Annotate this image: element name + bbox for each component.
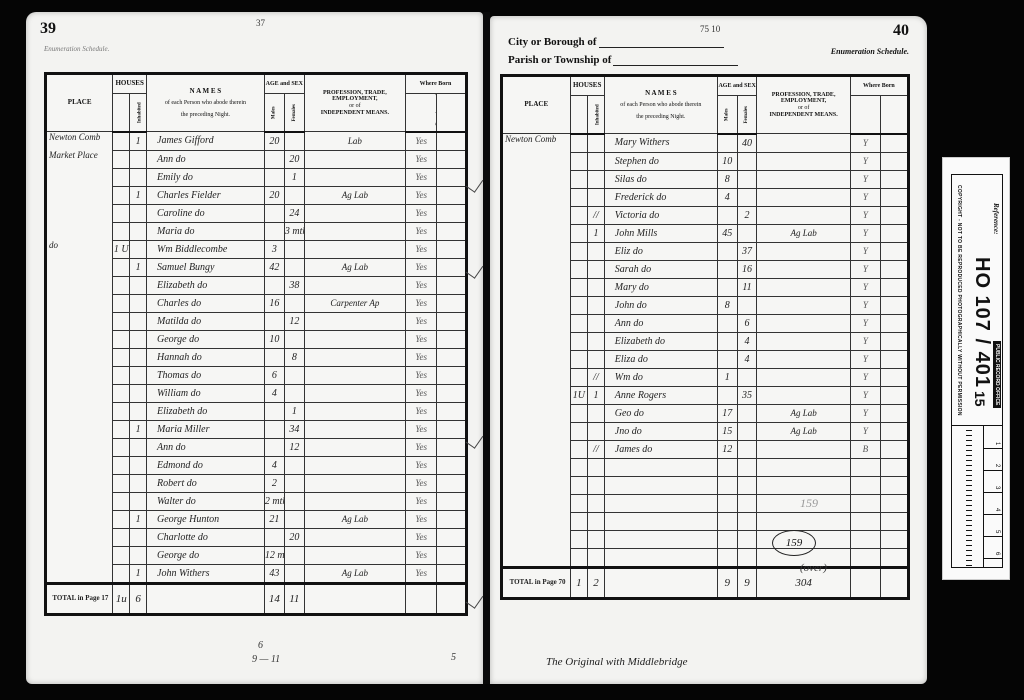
inhabited-cell [588,170,605,188]
female-age-cell [737,152,757,170]
table-row: Jno do15Ag LabY [502,422,909,440]
place-cell [502,422,571,440]
below-total-mark-1: 6 [258,640,263,651]
left-top-mark: 37 [256,18,265,28]
place-cell [46,438,113,456]
inhabited-cell [588,152,605,170]
col-uninhabited: Uninhabited or Building [113,94,130,132]
reference-label: Reference: [992,203,1000,234]
profession-cell [304,438,405,456]
female-age-cell: 8 [284,348,304,366]
place-cell [46,186,113,204]
born-county-cell [850,530,880,548]
born-elsewhere-cell [437,150,467,168]
born-elsewhere-cell [437,294,467,312]
name-cell: Silas do [604,170,717,188]
male-age-cell [717,548,737,567]
born-county-cell: Yes [405,510,437,528]
table-row [502,512,909,530]
over-annotation: (over) [800,562,827,574]
ruler: 123456 [952,425,1002,568]
born-elsewhere-cell [880,422,908,440]
table-row [502,476,909,494]
faint-annotation: 159 [800,496,818,511]
inhabited-cell [588,350,605,368]
place-cell: do [46,240,113,258]
uninhabited-cell [570,134,588,153]
profession-cell [304,528,405,546]
col-where-born: Where Born [405,74,466,94]
ruler-number: 5 [994,530,1000,533]
inhabited-cell [130,438,147,456]
male-age-cell: 8 [717,296,737,314]
ruler-tick [966,565,972,566]
profession-cell [304,402,405,420]
female-age-cell [737,188,757,206]
name-cell: Maria Miller [147,420,265,438]
ruler-tick [966,530,972,531]
name-cell: John do [604,296,717,314]
uninhabited-cell [570,224,588,242]
profession-cell [304,276,405,294]
inhabited-cell [130,168,147,186]
female-age-cell [284,330,304,348]
born-county-cell: Y [850,350,880,368]
ruler-tick [966,525,972,526]
inhabited-cell [588,134,605,153]
copyright-notice: COPYRIGHT - NOT TO BE REPRODUCED PHOTOGR… [956,185,962,416]
ruler-tick [966,455,972,456]
profession-cell [757,242,850,260]
uninhabited-cell: 1U [570,386,588,404]
name-cell: George do [147,330,265,348]
table-row: //Victoria do2Y [502,206,909,224]
born-county-cell: Yes [405,240,437,258]
uninhabited-cell [113,528,130,546]
female-age-cell: 4 [737,332,757,350]
right-page-number: 40 [893,22,909,40]
ruler-tick [966,485,972,486]
uninhabited-cell [570,530,588,548]
circled-annotation: 159 [772,530,816,556]
uninhabited-cell [570,476,588,494]
male-age-cell: 4 [264,384,284,402]
name-cell: Ann do [147,150,265,168]
born-elsewhere-cell [880,404,908,422]
col-age-sex: AGE and SEX [264,74,304,94]
inhabited-cell [130,240,147,258]
place-cell [46,204,113,222]
female-age-cell [284,456,304,474]
place-cell [502,458,571,476]
ruler-cm-line [984,536,1002,537]
female-age-cell [284,258,304,276]
total-males: 14 [264,583,284,614]
place-cell [46,294,113,312]
table-row [502,530,909,548]
col-born-elsewhere: Whether Born in Scotland, Ireland, or Fo… [880,96,908,134]
born-county-cell: Yes [405,150,437,168]
name-cell [604,458,717,476]
male-age-cell: 43 [264,564,284,583]
inhabited-cell [130,150,147,168]
born-county-cell: Yes [405,330,437,348]
born-elsewhere-cell [880,224,908,242]
inhabited-cell [130,276,147,294]
inhabited-cell [588,422,605,440]
female-age-cell: 3 mths [284,222,304,240]
total-label: TOTAL in Page 17 [46,583,113,614]
left-census-table: PLACE HOUSES N A M E S of each Person wh… [44,72,468,616]
place-cell [502,170,571,188]
born-elsewhere-cell [880,206,908,224]
place-cell [46,366,113,384]
profession-cell: Ag Lab [757,404,850,422]
ruler-tick [966,520,972,521]
female-age-cell [737,476,757,494]
profession-cell [757,152,850,170]
place-cell [46,474,113,492]
ruler-cm-line [984,448,1002,449]
born-county-cell: Y [850,404,880,422]
uninhabited-cell [570,206,588,224]
uninhabited-cell [113,186,130,204]
ruler-tick [966,435,972,436]
female-age-cell: 1 [284,402,304,420]
table-row: Charlotte do20Yes [46,528,467,546]
inhabited-cell: 1 [130,564,147,583]
female-age-cell: 2 [737,206,757,224]
ruler-number: 6 [994,552,1000,555]
profession-cell [757,332,850,350]
inhabited-cell: // [588,206,605,224]
name-cell: Jno do [604,422,717,440]
male-age-cell [264,348,284,366]
male-age-cell: 20 [264,186,284,204]
inhabited-cell [588,512,605,530]
col-females: Females [284,94,304,132]
profession-cell [304,456,405,474]
born-elsewhere-cell [437,420,467,438]
female-age-cell [737,170,757,188]
table-row: Market PlaceAnn do20Yes [46,150,467,168]
born-elsewhere-cell [880,530,908,548]
male-age-cell [264,276,284,294]
total-label: TOTAL in Page 70 [502,567,571,598]
total-females: 9 [737,567,757,598]
inhabited-cell [588,332,605,350]
inhabited-cell [130,402,147,420]
ruler-tick [966,540,972,541]
inhabited-cell: 1 [130,258,147,276]
born-elsewhere-cell [880,260,908,278]
inhabited-cell [130,384,147,402]
born-elsewhere-cell [880,494,908,512]
table-row: Emily do1Yes [46,168,467,186]
profession-cell: Lab [304,132,405,151]
table-row: Maria do3 mthsYes [46,222,467,240]
public-record-office: PUBLIC RECORD OFFICE [993,341,1001,408]
table-row: William do4Yes [46,384,467,402]
male-age-cell [717,206,737,224]
name-cell: Wm do [604,368,717,386]
below-total-mark-2: 9 — 11 [252,654,280,665]
male-age-cell: 20 [264,132,284,151]
name-cell: Walter do [147,492,265,510]
born-county-cell: B [850,440,880,458]
male-age-cell [717,386,737,404]
profession-cell [304,348,405,366]
uninhabited-cell [570,152,588,170]
born-elsewhere-cell [437,456,467,474]
check-mark [466,260,484,279]
born-elsewhere-cell [437,222,467,240]
place-cell [46,168,113,186]
female-age-cell: 4 [737,350,757,368]
male-age-cell [717,530,737,548]
female-age-cell [737,224,757,242]
col-profession: PROFESSION, TRADE, EMPLOYMENT, or of IND… [304,74,405,132]
ruler-tick [966,440,972,441]
born-elsewhere-cell [437,474,467,492]
name-cell: Mary do [604,278,717,296]
table-row: Caroline do24Yes [46,204,467,222]
born-county-cell: Yes [405,546,437,564]
uninhabited-cell [570,278,588,296]
profession-cell [304,150,405,168]
col-uninhabited: Uninhabited or Building [570,96,588,134]
born-elsewhere-cell [437,276,467,294]
male-age-cell [264,402,284,420]
female-age-cell [284,294,304,312]
table-row: Silas do8Y [502,170,909,188]
male-age-cell: 4 [264,456,284,474]
inhabited-cell [130,492,147,510]
place-cell [46,348,113,366]
ruler-tick [966,490,972,491]
left-page: 39 37 Enumeration Schedule. PLACE HOUSES… [26,12,483,684]
name-cell: Ann do [147,438,265,456]
female-age-cell [284,564,304,583]
table-row: Stephen do10Y [502,152,909,170]
uninhabited-cell [113,384,130,402]
table-row: 1George Hunton21Ag LabYes [46,510,467,528]
profession-cell [757,188,850,206]
male-age-cell: 1 [717,368,737,386]
female-age-cell: 40 [737,134,757,153]
uninhabited-cell [113,564,130,583]
uninhabited-cell [113,366,130,384]
uninhabited-cell [113,204,130,222]
born-county-cell: Y [850,152,880,170]
uninhabited-cell [113,258,130,276]
female-age-cell: 20 [284,528,304,546]
table-row: Mary do11Y [502,278,909,296]
place-cell [46,222,113,240]
table-row: Edmond do4Yes [46,456,467,474]
table-row: Ann do12Yes [46,438,467,456]
born-county-cell: Yes [405,456,437,474]
female-age-cell [737,422,757,440]
female-age-cell [284,132,304,151]
place-cell [46,312,113,330]
male-age-cell [717,314,737,332]
male-age-cell [264,528,284,546]
ruler-tick [966,555,972,556]
right-page: 40 75 10 City or Borough of Parish or To… [490,16,927,684]
male-age-cell [717,512,737,530]
female-age-cell [284,366,304,384]
profession-cell [757,350,850,368]
check-mark [466,430,484,449]
profession-cell: Carpenter Ap [304,294,405,312]
inhabited-cell [588,458,605,476]
name-cell: Hannah do [147,348,265,366]
table-row: 1John Withers43Ag LabYes [46,564,467,583]
inhabited-cell [130,546,147,564]
born-elsewhere-cell [437,330,467,348]
inhabited-cell: 1 [588,224,605,242]
table-row [502,458,909,476]
check-mark [466,174,484,193]
female-age-cell [737,458,757,476]
born-elsewhere-cell [437,186,467,204]
profession-cell [304,420,405,438]
col-where-born: Where Born [850,76,908,96]
uninhabited-cell: 1 U [113,240,130,258]
total-born-county [850,567,880,598]
uninhabited-cell [113,456,130,474]
profession-cell: Ag Lab [757,422,850,440]
female-age-cell [737,404,757,422]
female-age-cell [284,186,304,204]
uninhabited-cell [113,330,130,348]
place-cell [502,296,571,314]
name-cell: Victoria do [604,206,717,224]
col-profession: PROFESSION, TRADE, EMPLOYMENT, or of IND… [757,76,850,134]
place-cell [502,260,571,278]
inhabited-cell: 1 [588,386,605,404]
table-row [502,494,909,512]
city-borough-field: City or Borough of [508,36,724,48]
ruler-tick [966,480,972,481]
name-cell: Maria do [147,222,265,240]
uninhabited-cell [113,510,130,528]
profession-cell [304,492,405,510]
female-age-cell [737,368,757,386]
col-inhabited: Inhabited [130,94,147,132]
ruler-tick [966,470,972,471]
name-cell [604,512,717,530]
uninhabited-cell [570,296,588,314]
col-females: Females [737,96,757,134]
ruler-tick [966,505,972,506]
born-county-cell: Yes [405,420,437,438]
profession-cell [757,458,850,476]
female-age-cell [284,510,304,528]
born-county-cell: Yes [405,492,437,510]
born-elsewhere-cell [880,152,908,170]
place-cell [502,386,571,404]
born-county-cell: Yes [405,402,437,420]
male-age-cell [717,134,737,153]
male-age-cell: 6 [264,366,284,384]
ruler-tick [966,495,972,496]
profession-cell [757,386,850,404]
reference-folio: 15 [972,391,988,407]
margin-mark: 5 [451,652,456,663]
uninhabited-cell [570,548,588,567]
name-cell [604,494,717,512]
place-cell [502,332,571,350]
female-age-cell: 6 [737,314,757,332]
male-age-cell: 21 [264,510,284,528]
profession-cell [757,134,850,153]
born-county-cell: Yes [405,312,437,330]
female-age-cell [737,548,757,567]
male-age-cell: 17 [717,404,737,422]
male-age-cell: 2 mths [264,492,284,510]
total-profession [304,583,405,614]
uninhabited-cell [570,314,588,332]
male-age-cell: 10 [264,330,284,348]
place-cell [502,224,571,242]
male-age-cell [264,222,284,240]
table-row: //Wm do1Y [502,368,909,386]
female-age-cell: 34 [284,420,304,438]
profession-cell: Ag Lab [304,510,405,528]
born-elsewhere-cell [880,296,908,314]
table-row: 1Samuel Bungy42Ag LabYes [46,258,467,276]
male-age-cell [264,204,284,222]
place-cell [46,456,113,474]
male-age-cell: 3 [264,240,284,258]
name-cell: Stephen do [604,152,717,170]
born-elsewhere-cell [437,546,467,564]
table-row: 1Maria Miller34Yes [46,420,467,438]
right-census-table: PLACE HOUSES N A M E S of each Person wh… [500,74,910,600]
total-names-blank [147,583,265,614]
table-row: Eliza do4Y [502,350,909,368]
col-place: PLACE [502,76,571,134]
born-elsewhere-cell [437,402,467,420]
born-county-cell: Y [850,260,880,278]
born-elsewhere-cell [437,366,467,384]
male-age-cell [264,150,284,168]
uninhabited-cell [113,132,130,151]
inhabited-cell [130,528,147,546]
male-age-cell: 8 [717,170,737,188]
place-cell [46,276,113,294]
ruler-tick [966,515,972,516]
parish-township-field: Parish or Township of [508,54,738,66]
uninhabited-cell [570,404,588,422]
table-row: Sarah do16Y [502,260,909,278]
table-row: George do10Yes [46,330,467,348]
uninhabited-cell [570,242,588,260]
uninhabited-cell [113,402,130,420]
place-cell [502,350,571,368]
born-elsewhere-cell [880,278,908,296]
female-age-cell [737,512,757,530]
born-county-cell [850,476,880,494]
born-county-cell: Y [850,422,880,440]
table-row: 1John Mills45Ag LabY [502,224,909,242]
born-county-cell: Y [850,278,880,296]
born-county-cell: Y [850,188,880,206]
ruler-cm-line [984,470,1002,471]
born-county-cell [850,512,880,530]
